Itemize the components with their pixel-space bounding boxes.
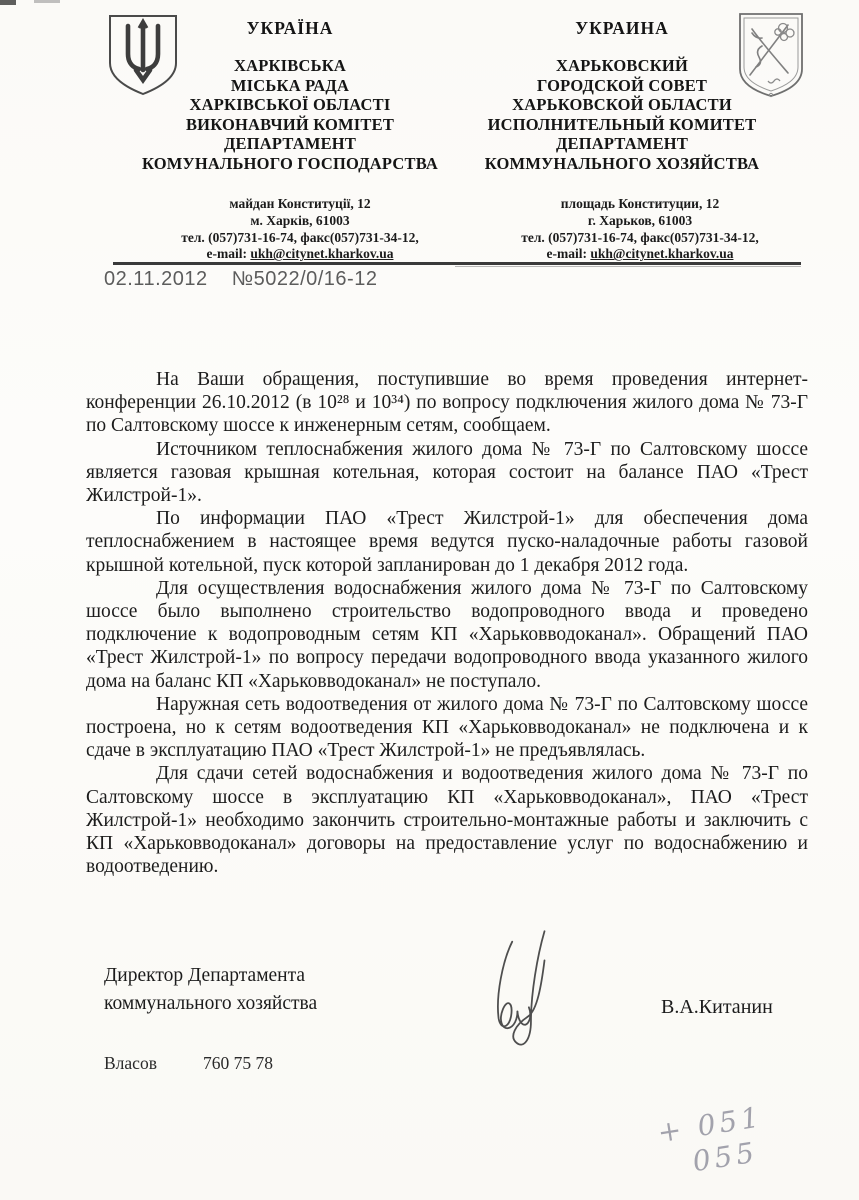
- header-divider-thin: [455, 266, 801, 267]
- header-divider: [113, 262, 801, 265]
- paragraph: Для осуществления водоснабжения жилого д…: [86, 577, 808, 693]
- handwritten-pencil-note: + 051 055: [655, 1100, 770, 1184]
- header-russian: УКРАИНА ХАРЬКОВСКИЙ ГОРОДСКОЙ СОВЕТ ХАРЬ…: [452, 18, 792, 174]
- header-ukrainian: УКРАЇНА ХАРКІВСЬКА МІСЬКА РАДА ХАРКІВСЬК…: [120, 18, 460, 174]
- executor-name: Власов: [104, 1053, 157, 1073]
- org-line: ГОРОДСКОЙ СОВЕТ: [452, 76, 792, 96]
- org-line: ХАРЬКОВСКОЙ ОБЛАСТИ: [452, 95, 792, 115]
- executor-line: Власов760 75 78: [104, 1053, 273, 1074]
- scan-artifact: [0, 0, 16, 5]
- contact-block-ru: площадь Конституции, 12 г. Харьков, 6100…: [458, 196, 822, 263]
- org-line: КОММУНАЛЬНОГО ХОЗЯЙСТВА: [452, 154, 792, 174]
- address-line: г. Харьков, 61003: [458, 213, 822, 230]
- signatory-title-line: коммунального хозяйства: [104, 990, 317, 1018]
- handwritten-signature-icon: [462, 925, 577, 1050]
- email-label: e-mail:: [207, 246, 247, 261]
- paragraph: По информации ПАО «Трест Жилстрой-1» для…: [86, 507, 808, 577]
- email-address: ukh@citynet.kharkov.ua: [590, 246, 733, 261]
- email-line: e-mail: ukh@citynet.kharkov.ua: [118, 246, 482, 263]
- reference-line: 02.11.2012№5022/0/16-12: [104, 268, 377, 291]
- org-line: ДЕПАРТАМЕНТ: [452, 134, 792, 154]
- executor-phone: 760 75 78: [203, 1053, 273, 1073]
- email-label: e-mail:: [547, 246, 587, 261]
- letter-number: №5022/0/16-12: [232, 268, 378, 290]
- scanned-letter-page: УКРАЇНА ХАРКІВСЬКА МІСЬКА РАДА ХАРКІВСЬК…: [0, 0, 859, 1200]
- paragraph: Источником теплоснабжения жилого дома № …: [86, 438, 808, 508]
- paragraph: Наружная сеть водоотведения от жилого до…: [86, 693, 808, 763]
- org-line: ХАРКІВСЬКА: [120, 56, 460, 76]
- address-line: тел. (057)731-16-74, факс(057)731-34-12,: [118, 230, 482, 247]
- paragraph: На Ваши обращения, поступившие во время …: [86, 368, 808, 438]
- signatory-title-line: Директор Департамента: [104, 962, 317, 990]
- email-line: e-mail: ukh@citynet.kharkov.ua: [458, 246, 822, 263]
- paragraph: Для сдачи сетей водоснабжения и водоотве…: [86, 762, 808, 878]
- org-line: ХАРЬКОВСКИЙ: [452, 56, 792, 76]
- letter-body: На Ваши обращения, поступившие во время …: [86, 368, 808, 878]
- address-line: майдан Конституції, 12: [118, 196, 482, 213]
- org-line: ВИКОНАВЧИЙ КОМІТЕТ: [120, 115, 460, 135]
- address-line: тел. (057)731-16-74, факс(057)731-34-12,: [458, 230, 822, 247]
- signatory-name: В.А.Китанин: [661, 996, 773, 1019]
- org-line: МІСЬКА РАДА: [120, 76, 460, 96]
- address-line: м. Харків, 61003: [118, 213, 482, 230]
- signatory-title: Директор Департамента коммунального хозя…: [104, 962, 317, 1018]
- org-line: КОМУНАЛЬНОГО ГОСПОДАРСТВА: [120, 154, 460, 174]
- address-line: площадь Конституции, 12: [458, 196, 822, 213]
- org-name-uk: ХАРКІВСЬКА МІСЬКА РАДА ХАРКІВСЬКОЇ ОБЛАС…: [120, 56, 460, 174]
- org-line: ИСПОЛНИТЕЛЬНЫЙ КОМИТЕТ: [452, 115, 792, 135]
- contact-block-uk: майдан Конституції, 12 м. Харків, 61003 …: [118, 196, 482, 263]
- org-name-ru: ХАРЬКОВСКИЙ ГОРОДСКОЙ СОВЕТ ХАРЬКОВСКОЙ …: [452, 56, 792, 174]
- scan-artifact: [34, 0, 60, 3]
- org-line: ДЕПАРТАМЕНТ: [120, 134, 460, 154]
- country-name-ru: УКРАИНА: [452, 18, 792, 39]
- org-line: ХАРКІВСЬКОЇ ОБЛАСТІ: [120, 95, 460, 115]
- country-name-uk: УКРАЇНА: [120, 18, 460, 39]
- email-address: ukh@citynet.kharkov.ua: [250, 246, 393, 261]
- letter-date: 02.11.2012: [104, 268, 208, 290]
